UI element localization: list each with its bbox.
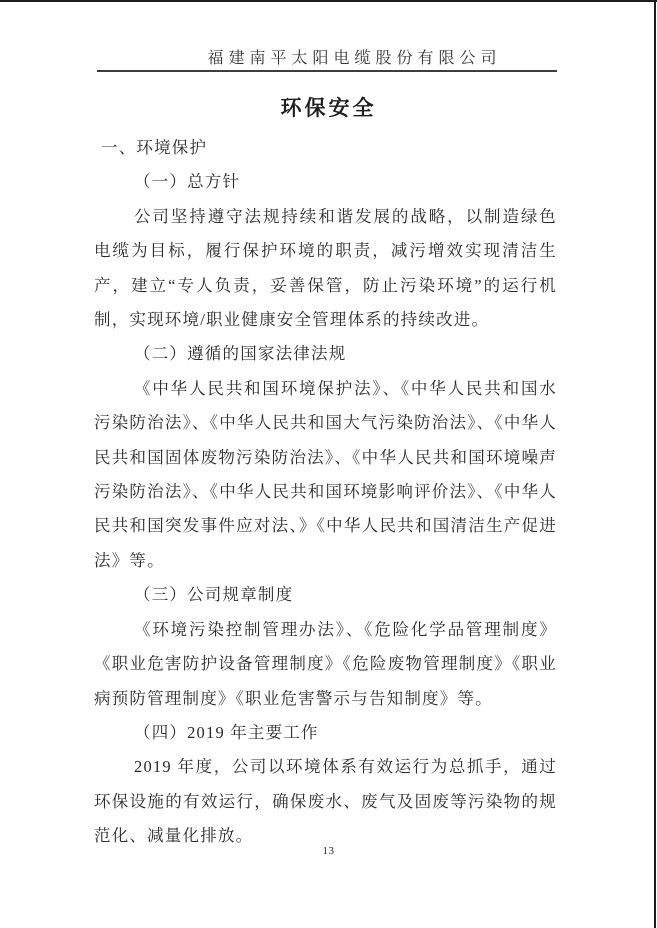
document-page: 福建南平太阳电缆股份有限公司 环保安全 一、环境保护 （一）总方针 公司坚持遵守…: [0, 0, 657, 928]
section-heading-environment-protection: 一、环境保护: [94, 131, 557, 165]
paragraph-2019-work: 2019 年度，公司以环境体系有效运行为总抓手，通过环保设施的有效运行，确保废水…: [94, 750, 557, 853]
company-header: 福建南平太阳电缆股份有限公司: [97, 49, 557, 68]
subsection-heading-2019-work: （四）2019 年主要工作: [94, 716, 557, 750]
subsection-heading-company-rules: （三）公司规章制度: [94, 578, 557, 612]
paragraph-company-rules: 《环境污染控制管理办法》、《危险化学品管理制度》《职业危害防护设备管理制度》《危…: [94, 613, 557, 716]
page-title: 环保安全: [0, 92, 657, 122]
header-rule: [97, 70, 557, 72]
scan-edge-right: [654, 0, 656, 928]
paragraph-general-policy: 公司坚持遵守法规持续和谐发展的战略，以制造绿色电缆为目标，履行保护环境的职责，减…: [94, 200, 557, 338]
document-body: 一、环境保护 （一）总方针 公司坚持遵守法规持续和谐发展的战略，以制造绿色电缆为…: [94, 131, 557, 854]
scan-edge-top: [0, 0, 657, 2]
page-number: 13: [0, 845, 657, 857]
paragraph-laws: 《中华人民共和国环境保护法》、《中华人民共和国水污染防治法》、《中华人民共和国大…: [94, 372, 557, 578]
subsection-heading-laws: （二）遵循的国家法律法规: [94, 337, 557, 371]
subsection-heading-general-policy: （一）总方针: [94, 165, 557, 199]
